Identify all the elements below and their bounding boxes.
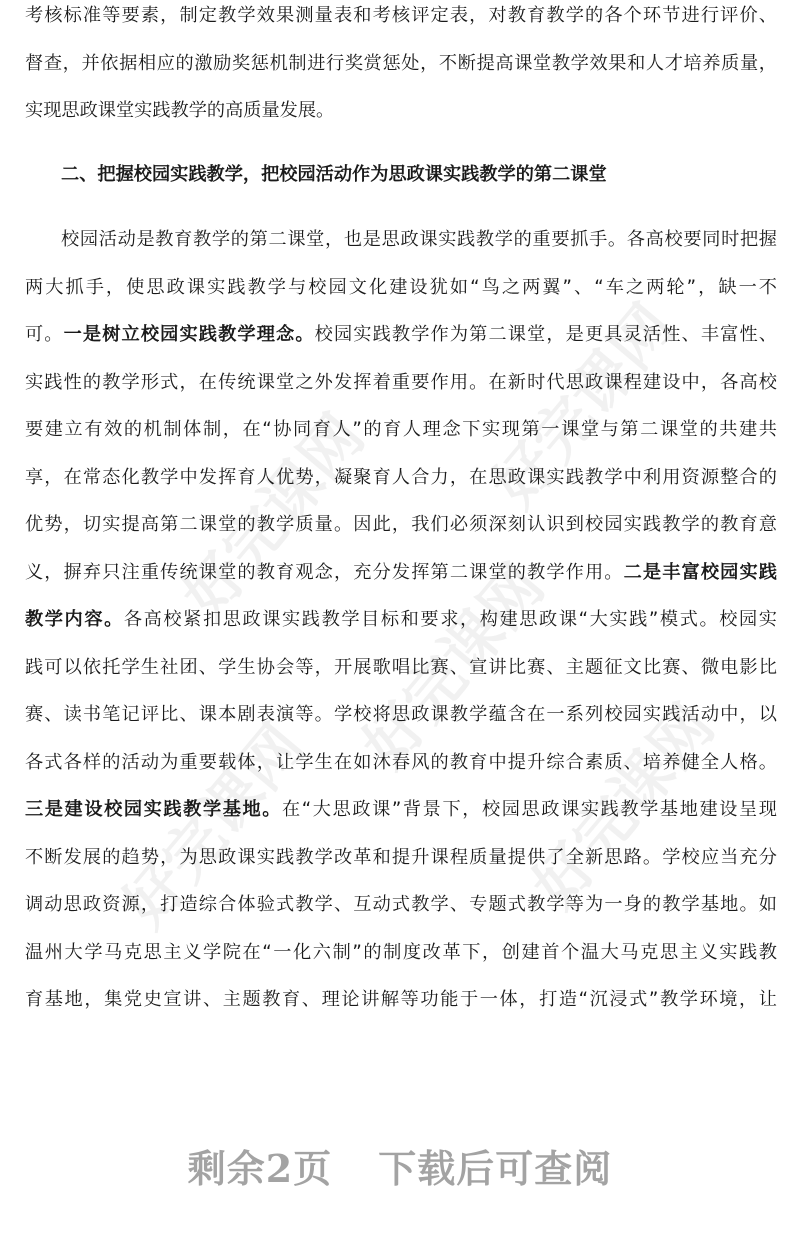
- body-text-line: 践可以依托学生社团、学生协会等，开展歌唱比赛、宣讲比赛、主题征文比赛、微电影比: [25, 656, 777, 680]
- body-text-line: 两大抓手，使思政课实践教学与校园文化建设犹如“鸟之两翼”、“车之两轮”，缺一不: [25, 276, 777, 300]
- body-text: 各高校紧扣思政课实践教学目标和要求，构建思政课“大实践”模式。校园实: [124, 609, 777, 630]
- remaining-pages-banner[interactable]: 剩余2页下载后可查阅: [0, 1138, 800, 1193]
- body-text-line: 不断发展的趋势，为思政课实践教学改革和提升课程质量提供了全新思路。学校应当充分: [25, 846, 777, 870]
- body-text-line: 要建立有效的机制体制，在“协同育人”的育人理念下实现第一课堂与第二课堂的共建共: [25, 418, 777, 442]
- bold-point-2-cont: 教学内容。: [25, 609, 124, 630]
- body-text-line: 各式各样的活动为重要载体，让学生在如沐春风的教育中提升综合素质、培养健全人格。: [25, 751, 777, 775]
- body-text-line: 考核标准等要素，制定教学效果测量表和考核评定表，对教育教学的各个环节进行评价、: [25, 4, 777, 28]
- remaining-pages-label: 剩余2页: [188, 1138, 332, 1193]
- body-text-line: 实现思政课堂实践教学的高质量发展。: [25, 99, 777, 123]
- body-text: 校园实践教学作为第二课堂，是更具灵活性、丰富性、: [315, 324, 777, 345]
- body-text: 在“大思政课”背景下，校园思政课实践教学基地建设呈现: [282, 799, 777, 820]
- body-text-line: 实践性的教学形式，在传统课堂之外发挥着重要作用。在新时代思政课程建设中，各高校: [25, 371, 777, 395]
- body-text-line: 享，在常态化教学中发挥育人优势，凝聚育人合力，在思政课实践教学中利用资源整合的: [25, 466, 777, 490]
- body-text-line: 可。一是树立校园实践教学理念。校园实践教学作为第二课堂，是更具灵活性、丰富性、: [25, 323, 777, 347]
- bold-point-1: 一是树立校园实践教学理念。: [64, 324, 315, 345]
- body-text-line: 调动思政资源，打造综合体验式教学、互动式教学、专题式教学等为一身的教学基地。如: [25, 893, 777, 917]
- body-text-line: 育基地，集党史宣讲、主题教育、理论讲解等功能于一体，打造“沉浸式”教学环境，让: [25, 988, 777, 1012]
- body-text-line: 温州大学马克思主义学院在“一化六制”的制度改革下，创建首个温大马克思主义实践教: [25, 941, 777, 965]
- body-text: 可。: [25, 324, 64, 345]
- body-text-line: 三是建设校园实践教学基地。在“大思政课”背景下，校园思政课实践教学基地建设呈现: [25, 798, 777, 822]
- document-page: 好完课网 好完课网 好完课网 好完课网 好完课网 考核标准等要素，制定教学效果测…: [0, 0, 800, 1240]
- body-text-line: 校园活动是教育教学的第二课堂，也是思政课实践教学的重要抓手。各高校要同时把握: [61, 228, 777, 252]
- body-text-line: 教学内容。各高校紧扣思政课实践教学目标和要求，构建思政课“大实践”模式。校园实: [25, 608, 777, 632]
- body-text-line: 赛、读书笔记评比、课本剧表演等。学校将思政课教学蕴含在一系列校园实践活动中，以: [25, 703, 777, 727]
- download-to-view-label[interactable]: 下载后可查阅: [378, 1138, 612, 1193]
- bold-point-3: 三是建设校园实践教学基地。: [25, 799, 282, 820]
- section-heading: 二、把握校园实践教学，把校园活动作为思政课实践教学的第二课堂: [61, 163, 607, 187]
- body-text-line: 义，摒弃只注重传统课堂的教育观念，充分发挥第二课堂的教学作用。二是丰富校园实践: [25, 561, 777, 585]
- body-text: 义，摒弃只注重传统课堂的教育观念，充分发挥第二课堂的教学作用。: [25, 562, 624, 583]
- body-text-line: 优势，切实提高第二课堂的教学质量。因此，我们必须深刻认识到校园实践教学的教育意: [25, 513, 777, 537]
- bold-point-2: 二是丰富校园实践: [624, 562, 777, 583]
- body-text-line: 督查，并依据相应的激励奖惩机制进行奖赏惩处，不断提高课堂教学效果和人才培养质量，: [25, 52, 777, 76]
